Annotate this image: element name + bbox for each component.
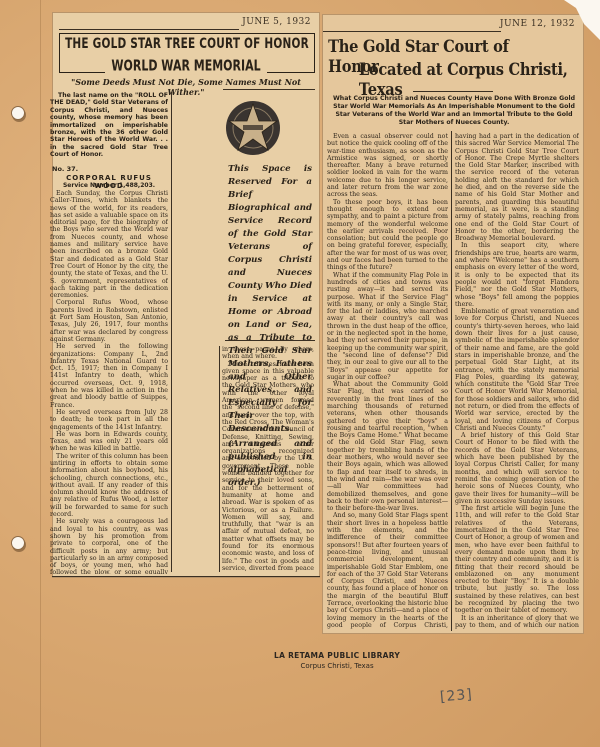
headline-line2: WORLD WAR MEMORIAL: [105, 57, 266, 75]
paragraph: Emblematic of great veneration and love …: [455, 308, 579, 432]
column-divider: [219, 346, 220, 572]
paragraph: Corporal Rufus Wood, whose parents lived…: [50, 299, 168, 343]
divider: [223, 89, 315, 90]
divider: [323, 31, 501, 32]
paragraph: These tributes have been given space in …: [222, 361, 314, 572]
paragraph: He was born in Edwards county, Texas, an…: [50, 431, 168, 453]
paragraph: It is an inheritance of glory that we pa…: [455, 615, 579, 629]
paragraph: Even a casual observer could not but not…: [327, 133, 448, 199]
paragraph: To these poor boys, it has been thought …: [327, 199, 448, 272]
paragraph: The first article will begin June the 11…: [455, 505, 579, 614]
divider: [225, 340, 315, 341]
headline-line2-wrap: WORLD WAR MEMORIAL: [53, 57, 319, 75]
handwritten-page-number: [23]: [439, 687, 473, 706]
article-column-2: having had a part in the dedication of t…: [455, 133, 579, 629]
clipping-bottom-rule: [52, 576, 320, 577]
paragraph: The writer of this column has been untir…: [50, 453, 168, 519]
punch-hole: [11, 106, 25, 120]
paragraph: in these pages—by whom, when and where.: [222, 346, 314, 361]
service-number: Service Number 1,488,203.: [50, 182, 168, 189]
divider: [413, 91, 493, 92]
column-divider: [171, 92, 172, 572]
intro-paragraph: The last name on the "ROLL OF THE DEAD,"…: [50, 92, 168, 159]
headline-line1: THE GOLD STAR TREE COURT OF HONOR: [60, 36, 314, 52]
headline-line2: Located at Corpus Christi, Texas: [359, 60, 579, 100]
paragraph: A brief history of this Gold Star Court …: [455, 432, 579, 505]
library-location: Corpus Christi, Texas: [274, 662, 400, 670]
paragraph: What about the Community Gold Star Flag,…: [327, 381, 448, 512]
intro-text: The last name on the "ROLL OF THE DEAD,"…: [50, 92, 168, 159]
scrapbook-page: JUNE 5, 1932 THE GOLD STAR TREE COURT OF…: [0, 0, 600, 747]
clipping-date: JUNE 12, 1932: [500, 19, 575, 29]
clipping-date: JUNE 5, 1932: [242, 17, 311, 27]
library-stamp: LA RETAMA PUBLIC LIBRARY Corpus Christi,…: [274, 651, 400, 670]
deck-subheadline: What Corpus Christi and Nueces County Ha…: [329, 95, 579, 127]
paragraph: Each Sunday, the Corpus Christi Caller-T…: [50, 190, 168, 299]
library-name: LA RETAMA PUBLIC LIBRARY: [274, 651, 400, 660]
paragraph: In this seaport city, where friendships …: [455, 242, 579, 308]
paragraph: having had a part in the dedication of t…: [455, 133, 579, 242]
punch-hole: [11, 536, 25, 550]
paragraph: He surely was a courageous lad and loyal…: [50, 518, 168, 574]
paragraph: What if the community Flag Pole in hundr…: [327, 272, 448, 381]
paragraph: He served in the following organizations…: [50, 343, 168, 409]
paragraph: He served overseas from July 28 to death…: [50, 409, 168, 431]
paragraph: And so, many Gold Star Flags spent their…: [327, 512, 448, 629]
entry-number: No. 37.: [52, 165, 78, 173]
article-column-1: Each Sunday, the Corpus Christi Caller-T…: [50, 190, 168, 574]
divider: [59, 29, 239, 30]
column-divider: [451, 131, 452, 631]
newspaper-clipping-june-12: JUNE 12, 1932 The Gold Star Court of Hon…: [322, 14, 584, 634]
article-column-2: in these pages—by whom, when and where. …: [222, 346, 314, 572]
article-column-1: Even a casual observer could not but not…: [327, 133, 448, 629]
gold-star-emblem-icon: [225, 100, 281, 156]
binding-fold-line: [40, 0, 41, 747]
